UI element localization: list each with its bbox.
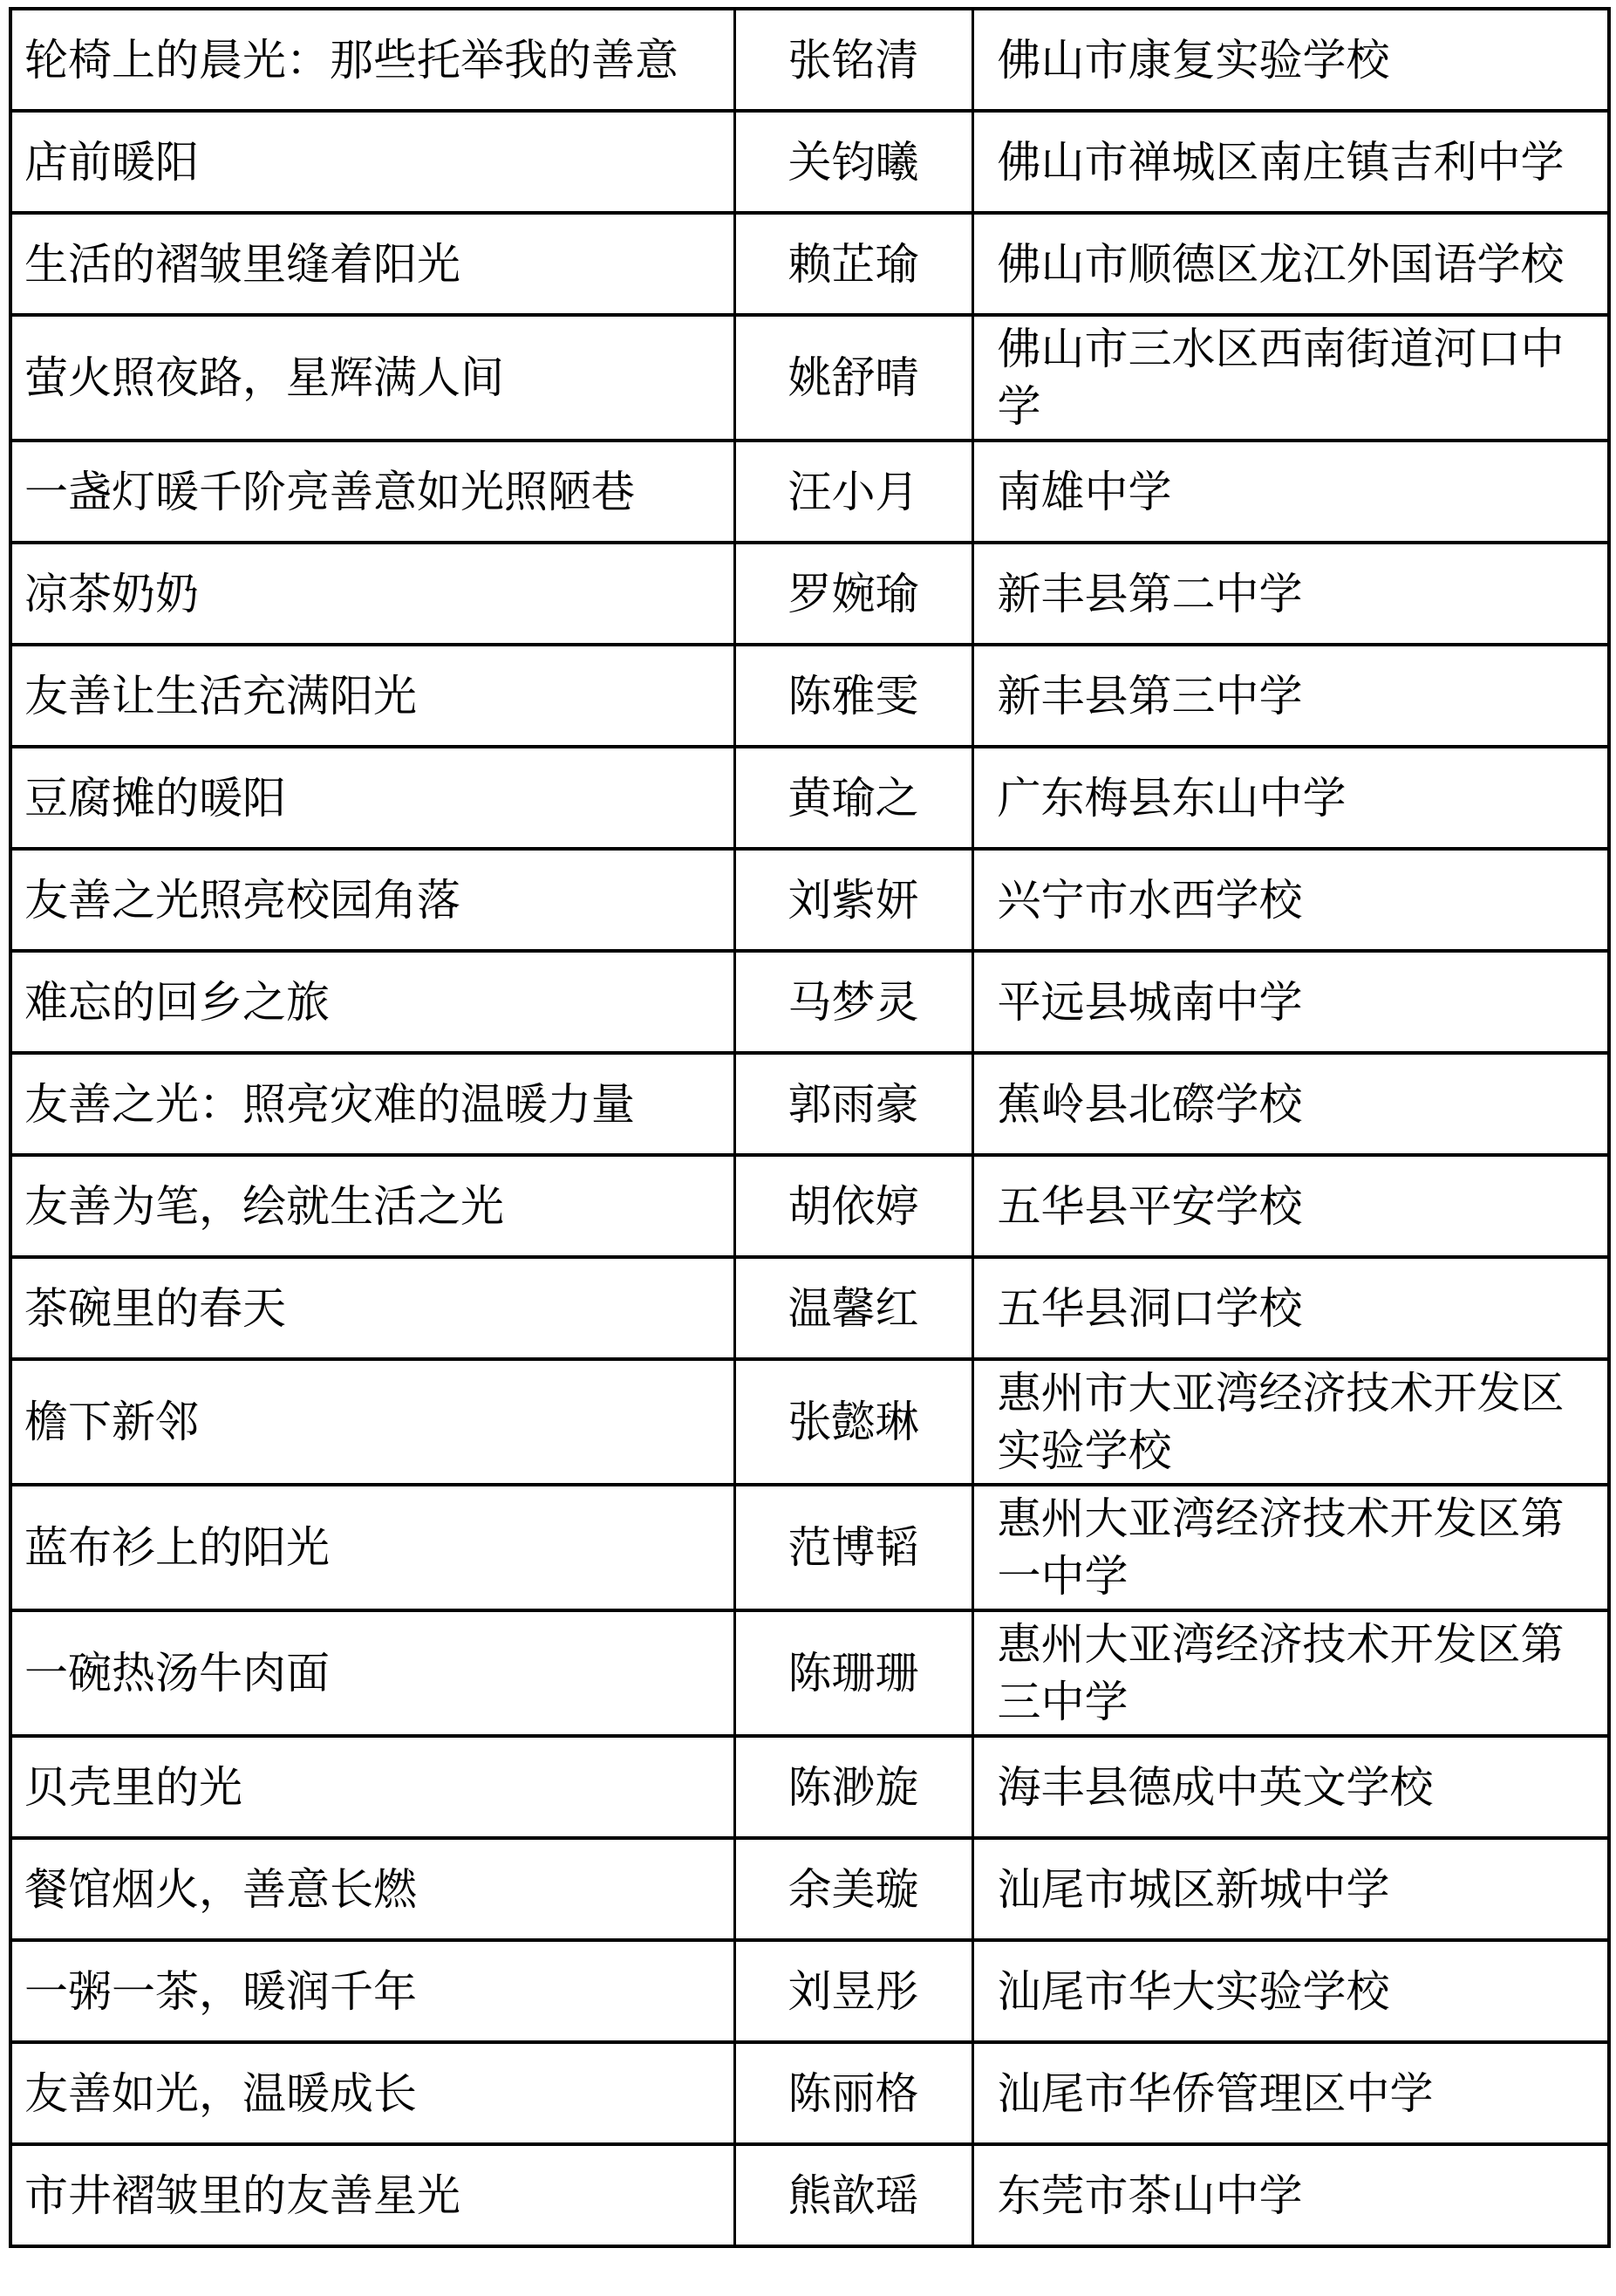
author-name: 熊歆瑶 — [788, 2171, 919, 2220]
author-cell: 陈丽格 — [734, 2042, 972, 2144]
essay-title-cell: 凉茶奶奶 — [10, 543, 734, 645]
school-name: 汕尾市华大实验学校 — [998, 1967, 1390, 2016]
author-name: 胡依婷 — [788, 1182, 919, 1231]
author-cell: 范博韬 — [734, 1485, 972, 1610]
author-name: 姚舒晴 — [788, 353, 919, 402]
school-name: 蕉岭县北磜学校 — [998, 1080, 1303, 1129]
author-cell: 陈渺旋 — [734, 1736, 972, 1838]
essay-title-cell: 友善让生活充满阳光 — [10, 645, 734, 747]
author-name: 赖芷瑜 — [788, 240, 919, 289]
author-name: 陈丽格 — [788, 2069, 919, 2118]
school-cell: 汕尾市城区新城中学 — [972, 1838, 1609, 1940]
essay-title-cell: 一粥一茶，暖润千年 — [10, 1940, 734, 2042]
school-name: 汕尾市城区新城中学 — [998, 1865, 1390, 1914]
essay-title: 餐馆烟火，善意长燃 — [24, 1865, 417, 1914]
author-cell: 罗婉瑜 — [734, 543, 972, 645]
table-row: 友善如光，温暖成长 陈丽格 汕尾市华侨管理区中学 — [10, 2042, 1609, 2144]
school-name: 佛山市康复实验学校 — [998, 36, 1390, 85]
essay-title-cell: 市井褶皱里的友善星光 — [10, 2144, 734, 2246]
school-name: 兴宁市水西学校 — [998, 876, 1303, 925]
essay-title: 一盏灯暖千阶亮善意如光照陋巷 — [24, 468, 635, 516]
table-row: 一盏灯暖千阶亮善意如光照陋巷 汪小月 南雄中学 — [10, 441, 1609, 543]
school-cell: 海丰县德成中英文学校 — [972, 1736, 1609, 1838]
essay-title-cell: 贝壳里的光 — [10, 1736, 734, 1838]
table-row: 凉茶奶奶 罗婉瑜 新丰县第二中学 — [10, 543, 1609, 645]
essay-title-cell: 茶碗里的春天 — [10, 1257, 734, 1359]
author-name: 张懿琳 — [788, 1397, 919, 1446]
essay-title-cell: 友善之光照亮校园角落 — [10, 849, 734, 951]
essay-title-cell: 难忘的回乡之旅 — [10, 951, 734, 1053]
essay-title: 茶碗里的春天 — [24, 1284, 286, 1333]
essay-title: 友善让生活充满阳光 — [24, 672, 417, 721]
table-row: 檐下新邻 张懿琳 惠州市大亚湾经济技术开发区实验学校 — [10, 1359, 1609, 1485]
essay-title: 贝壳里的光 — [24, 1763, 242, 1812]
author-cell: 余美璇 — [734, 1838, 972, 1940]
essay-title: 轮椅上的晨光：那些托举我的善意 — [24, 36, 678, 85]
table-row: 轮椅上的晨光：那些托举我的善意 张铭清 佛山市康复实验学校 — [10, 9, 1609, 111]
essay-title-cell: 餐馆烟火，善意长燃 — [10, 1838, 734, 1940]
essay-title: 市井褶皱里的友善星光 — [24, 2171, 460, 2220]
author-name: 关钧曦 — [788, 138, 919, 187]
author-cell: 胡依婷 — [734, 1155, 972, 1257]
table-row: 一碗热汤牛肉面 陈珊珊 惠州大亚湾经济技术开发区第三中学 — [10, 1610, 1609, 1736]
author-cell: 陈珊珊 — [734, 1610, 972, 1736]
author-cell: 刘昱彤 — [734, 1940, 972, 2042]
school-cell: 平远县城南中学 — [972, 951, 1609, 1053]
table-body: 轮椅上的晨光：那些托举我的善意 张铭清 佛山市康复实验学校 店前暖阳 关钧曦 佛… — [10, 9, 1609, 2246]
school-cell: 兴宁市水西学校 — [972, 849, 1609, 951]
school-name: 东莞市茶山中学 — [998, 2171, 1303, 2220]
author-name: 陈珊珊 — [788, 1649, 919, 1698]
table-row: 生活的褶皱里缝着阳光 赖芷瑜 佛山市顺德区龙江外国语学校 — [10, 213, 1609, 315]
school-cell: 佛山市禅城区南庄镇吉利中学 — [972, 111, 1609, 213]
essay-title: 生活的褶皱里缝着阳光 — [24, 240, 460, 289]
author-cell: 赖芷瑜 — [734, 213, 972, 315]
table-row: 友善之光照亮校园角落 刘紫妍 兴宁市水西学校 — [10, 849, 1609, 951]
table-row: 茶碗里的春天 温馨红 五华县洞口学校 — [10, 1257, 1609, 1359]
author-name: 黄瑜之 — [788, 774, 919, 823]
essay-title-cell: 蓝布衫上的阳光 — [10, 1485, 734, 1610]
table-row: 难忘的回乡之旅 马梦灵 平远县城南中学 — [10, 951, 1609, 1053]
school-cell: 惠州大亚湾经济技术开发区第一中学 — [972, 1485, 1609, 1610]
essay-title-cell: 豆腐摊的暖阳 — [10, 747, 734, 849]
school-cell: 惠州市大亚湾经济技术开发区实验学校 — [972, 1359, 1609, 1485]
author-name: 陈雅雯 — [788, 672, 919, 721]
author-name: 余美璇 — [788, 1865, 919, 1914]
essay-title: 一碗热汤牛肉面 — [24, 1649, 330, 1698]
author-cell: 郭雨豪 — [734, 1053, 972, 1155]
school-name: 广东梅县东山中学 — [998, 774, 1347, 823]
school-cell: 汕尾市华侨管理区中学 — [972, 2042, 1609, 2144]
essay-title: 豆腐摊的暖阳 — [24, 774, 286, 823]
author-cell: 关钧曦 — [734, 111, 972, 213]
essay-title: 难忘的回乡之旅 — [24, 978, 330, 1027]
table-row: 一粥一茶，暖润千年 刘昱彤 汕尾市华大实验学校 — [10, 1940, 1609, 2042]
author-name: 汪小月 — [788, 468, 919, 516]
school-name: 佛山市禅城区南庄镇吉利中学 — [998, 138, 1565, 187]
school-name: 新丰县第三中学 — [998, 672, 1303, 721]
school-cell: 佛山市顺德区龙江外国语学校 — [972, 213, 1609, 315]
school-name: 汕尾市华侨管理区中学 — [998, 2069, 1434, 2118]
essay-title-cell: 萤火照夜路，星辉满人间 — [10, 315, 734, 441]
table-row: 市井褶皱里的友善星光 熊歆瑶 东莞市茶山中学 — [10, 2144, 1609, 2246]
school-cell: 五华县洞口学校 — [972, 1257, 1609, 1359]
essay-title: 友善如光，温暖成长 — [24, 2069, 417, 2118]
author-cell: 张铭清 — [734, 9, 972, 111]
author-name: 马梦灵 — [788, 978, 919, 1027]
author-name: 刘昱彤 — [788, 1967, 919, 2016]
school-cell: 广东梅县东山中学 — [972, 747, 1609, 849]
author-name: 罗婉瑜 — [788, 570, 919, 618]
school-cell: 新丰县第二中学 — [972, 543, 1609, 645]
author-cell: 马梦灵 — [734, 951, 972, 1053]
table-row: 萤火照夜路，星辉满人间 姚舒晴 佛山市三水区西南街道河口中学 — [10, 315, 1609, 441]
essay-title: 店前暖阳 — [24, 138, 199, 187]
table-row: 餐馆烟火，善意长燃 余美璇 汕尾市城区新城中学 — [10, 1838, 1609, 1940]
table-row: 店前暖阳 关钧曦 佛山市禅城区南庄镇吉利中学 — [10, 111, 1609, 213]
school-cell: 佛山市三水区西南街道河口中学 — [972, 315, 1609, 441]
school-name: 南雄中学 — [998, 468, 1172, 516]
school-cell: 汕尾市华大实验学校 — [972, 1940, 1609, 2042]
author-cell: 黄瑜之 — [734, 747, 972, 849]
school-cell: 佛山市康复实验学校 — [972, 9, 1609, 111]
school-name: 海丰县德成中英文学校 — [998, 1763, 1434, 1812]
essay-title-cell: 轮椅上的晨光：那些托举我的善意 — [10, 9, 734, 111]
author-name: 陈渺旋 — [788, 1763, 919, 1812]
essay-title: 友善之光照亮校园角落 — [24, 876, 460, 925]
essay-title-cell: 友善之光：照亮灾难的温暖力量 — [10, 1053, 734, 1155]
author-name: 范博韬 — [788, 1523, 919, 1572]
table-row: 友善为笔，绘就生活之光 胡依婷 五华县平安学校 — [10, 1155, 1609, 1257]
author-cell: 汪小月 — [734, 441, 972, 543]
essay-title: 萤火照夜路，星辉满人间 — [24, 353, 504, 402]
author-cell: 温馨红 — [734, 1257, 972, 1359]
school-name: 新丰县第二中学 — [998, 570, 1303, 618]
school-name: 佛山市顺德区龙江外国语学校 — [998, 240, 1565, 289]
essay-title-cell: 店前暖阳 — [10, 111, 734, 213]
school-name: 惠州大亚湾经济技术开发区第三中学 — [998, 1620, 1565, 1726]
school-name: 平远县城南中学 — [998, 978, 1303, 1027]
table-row: 友善让生活充满阳光 陈雅雯 新丰县第三中学 — [10, 645, 1609, 747]
author-cell: 张懿琳 — [734, 1359, 972, 1485]
school-name: 惠州市大亚湾经济技术开发区实验学校 — [998, 1369, 1565, 1475]
essay-title: 凉茶奶奶 — [24, 570, 199, 618]
essay-title-cell: 檐下新邻 — [10, 1359, 734, 1485]
essay-title-cell: 一盏灯暖千阶亮善意如光照陋巷 — [10, 441, 734, 543]
essay-title-cell: 生活的褶皱里缝着阳光 — [10, 213, 734, 315]
school-cell: 惠州大亚湾经济技术开发区第三中学 — [972, 1610, 1609, 1736]
award-list-table: 轮椅上的晨光：那些托举我的善意 张铭清 佛山市康复实验学校 店前暖阳 关钧曦 佛… — [9, 7, 1611, 2248]
school-cell: 南雄中学 — [972, 441, 1609, 543]
author-name: 郭雨豪 — [788, 1080, 919, 1129]
essay-title: 一粥一茶，暖润千年 — [24, 1967, 417, 2016]
author-name: 张铭清 — [788, 36, 919, 85]
school-cell: 东莞市茶山中学 — [972, 2144, 1609, 2246]
author-cell: 陈雅雯 — [734, 645, 972, 747]
table-row: 友善之光：照亮灾难的温暖力量 郭雨豪 蕉岭县北磜学校 — [10, 1053, 1609, 1155]
school-cell: 新丰县第三中学 — [972, 645, 1609, 747]
school-cell: 五华县平安学校 — [972, 1155, 1609, 1257]
essay-title-cell: 一碗热汤牛肉面 — [10, 1610, 734, 1736]
school-name: 五华县平安学校 — [998, 1182, 1303, 1231]
school-name: 五华县洞口学校 — [998, 1284, 1303, 1333]
table-row: 蓝布衫上的阳光 范博韬 惠州大亚湾经济技术开发区第一中学 — [10, 1485, 1609, 1610]
author-cell: 刘紫妍 — [734, 849, 972, 951]
table-row: 豆腐摊的暖阳 黄瑜之 广东梅县东山中学 — [10, 747, 1609, 849]
school-cell: 蕉岭县北磜学校 — [972, 1053, 1609, 1155]
essay-title: 檐下新邻 — [24, 1397, 199, 1446]
essay-title: 友善为笔，绘就生活之光 — [24, 1182, 504, 1231]
essay-title-cell: 友善如光，温暖成长 — [10, 2042, 734, 2144]
document-page: 轮椅上的晨光：那些托举我的善意 张铭清 佛山市康复实验学校 店前暖阳 关钧曦 佛… — [0, 0, 1616, 2296]
table-row: 贝壳里的光 陈渺旋 海丰县德成中英文学校 — [10, 1736, 1609, 1838]
essay-title: 蓝布衫上的阳光 — [24, 1523, 330, 1572]
author-name: 刘紫妍 — [788, 876, 919, 925]
essay-title-cell: 友善为笔，绘就生活之光 — [10, 1155, 734, 1257]
author-cell: 姚舒晴 — [734, 315, 972, 441]
author-name: 温馨红 — [788, 1284, 919, 1333]
school-name: 佛山市三水区西南街道河口中学 — [998, 325, 1565, 431]
essay-title: 友善之光：照亮灾难的温暖力量 — [24, 1080, 635, 1129]
school-name: 惠州大亚湾经济技术开发区第一中学 — [998, 1494, 1565, 1601]
author-cell: 熊歆瑶 — [734, 2144, 972, 2246]
